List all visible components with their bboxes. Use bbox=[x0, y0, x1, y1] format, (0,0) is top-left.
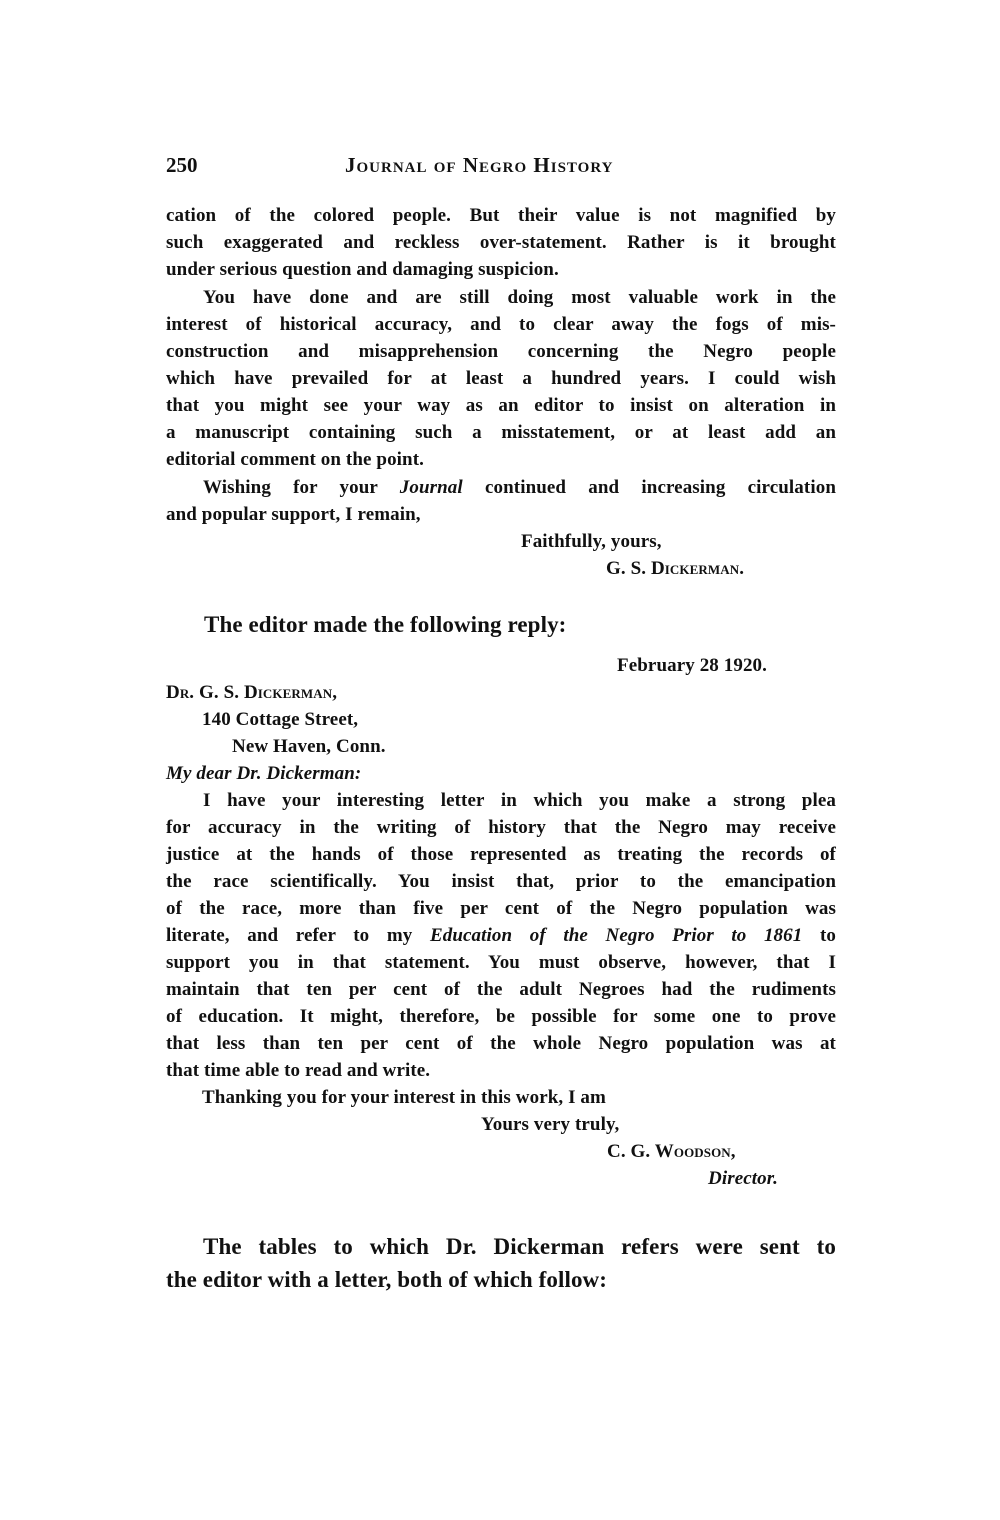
address-line: New Haven, Conn. bbox=[232, 733, 386, 760]
signature: C. G. Woodson, bbox=[607, 1138, 736, 1165]
book-title-italic: Education of the Negro Prior to 1861 bbox=[430, 925, 802, 946]
text-line: which have prevailed for at least a hund… bbox=[166, 365, 836, 392]
text-line: the race scientifically. You insist that… bbox=[166, 868, 836, 895]
text-line: a manuscript containing such a misstatem… bbox=[166, 419, 836, 446]
running-title: Journal of Negro History bbox=[345, 153, 613, 178]
outro-line: the editor with a letter, both of which … bbox=[166, 1265, 607, 1295]
text-line: and popular support, I remain, bbox=[166, 501, 836, 528]
text-line: I have your interesting letter in which … bbox=[203, 787, 836, 814]
text-line: Wishing for your Journal continued and i… bbox=[203, 474, 836, 501]
text-line: construction and misapprehension concern… bbox=[166, 338, 836, 365]
thanks-line: Thanking you for your interest in this w… bbox=[202, 1084, 606, 1111]
outro-line: The tables to which Dr. Dickerman refers… bbox=[203, 1232, 836, 1262]
text-line: support you in that statement. You must … bbox=[166, 949, 836, 976]
signature: G. S. Dickerman. bbox=[606, 555, 744, 582]
closing: Yours very truly, bbox=[481, 1111, 619, 1138]
address-line: Dr. G. S. Dickerman, bbox=[166, 679, 337, 706]
document-page: 250 Journal of Negro History cation of t… bbox=[0, 0, 1000, 1520]
text-line: cation of the colored people. But their … bbox=[166, 202, 836, 229]
reply-intro: The editor made the following reply: bbox=[204, 610, 566, 640]
page-number: 250 bbox=[166, 153, 198, 178]
text-line: such exaggerated and reckless over-state… bbox=[166, 229, 836, 256]
text-line: that you might see your way as an editor… bbox=[166, 392, 836, 419]
text-line: literate, and refer to my Education of t… bbox=[166, 922, 836, 949]
address-line: 140 Cottage Street, bbox=[202, 706, 358, 733]
signature-title: Director. bbox=[708, 1165, 778, 1192]
text-line: of the race, more than five per cent of … bbox=[166, 895, 836, 922]
text-span: literate, and refer to my bbox=[166, 925, 430, 946]
text-line: interest of historical accuracy, and to … bbox=[166, 311, 836, 338]
text-line: justice at the hands of those represente… bbox=[166, 841, 836, 868]
text-line: under serious question and damaging susp… bbox=[166, 256, 836, 283]
text-line: maintain that ten per cent of the adult … bbox=[166, 976, 836, 1003]
salutation: My dear Dr. Dickerman: bbox=[166, 760, 361, 787]
text-span: Wishing for your bbox=[203, 477, 400, 498]
journal-title-italic: Journal bbox=[400, 477, 463, 498]
text-line: that time able to read and write. bbox=[166, 1057, 836, 1084]
text-line: editorial comment on the point. bbox=[166, 446, 836, 473]
text-line: of education. It might, therefore, be po… bbox=[166, 1003, 836, 1030]
text-span: to bbox=[802, 925, 836, 946]
closing: Faithfully, yours, bbox=[521, 528, 662, 555]
text-line: that less than ten per cent of the whole… bbox=[166, 1030, 836, 1057]
letter-date: February 28 1920. bbox=[617, 652, 767, 679]
text-line: for accuracy in the writing of history t… bbox=[166, 814, 836, 841]
text-line: You have done and are still doing most v… bbox=[203, 284, 836, 311]
text-span: continued and increasing circulation bbox=[463, 477, 836, 498]
